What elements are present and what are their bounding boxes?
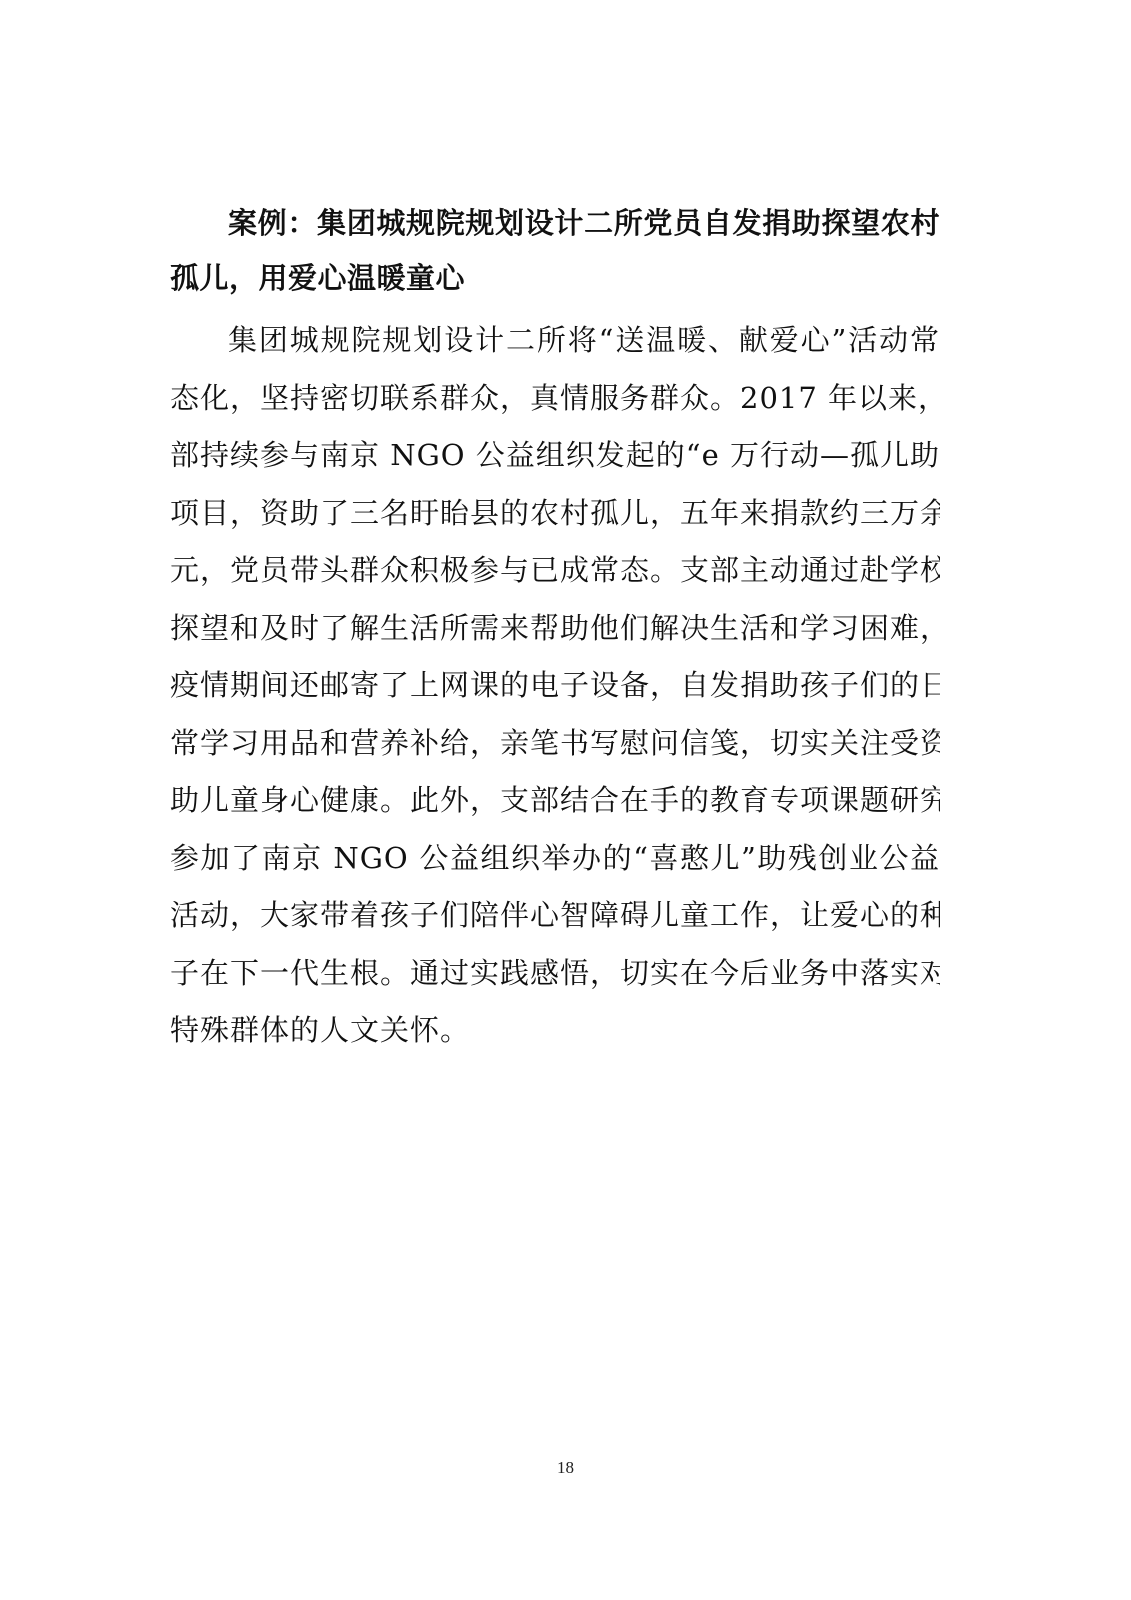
paragraph-line: 部持续参与南京 NGO 公益组织发起的“e 万行动—孤儿助养” xyxy=(170,427,940,485)
paragraph-line: 常学习用品和营养补给，亲笔书写慰问信笺，切实关注受资 xyxy=(170,715,940,773)
body-paragraph: 集团城规院规划设计二所将“送温暖、献爱心”活动常 态化，坚持密切联系群众，真情服… xyxy=(170,312,940,1060)
paragraph-line: 元，党员带头群众积极参与已成常态。支部主动通过赴学校 xyxy=(170,542,940,600)
paragraph-line: 特殊群体的人文关怀。 xyxy=(170,1002,940,1060)
paragraph-line: 疫情期间还邮寄了上网课的电子设备，自发捐助孩子们的日 xyxy=(170,657,940,715)
paragraph-line: 态化，坚持密切联系群众，真情服务群众。2017 年以来，支 xyxy=(170,370,940,428)
paragraph-line: 探望和及时了解生活所需来帮助他们解决生活和学习困难， xyxy=(170,600,940,658)
document-page: 案例：集团城规院规划设计二所党员自发捐助探望农村 孤儿，用爱心温暖童心 集团城规… xyxy=(0,0,1131,1600)
paragraph-line: 集团城规院规划设计二所将“送温暖、献爱心”活动常 xyxy=(170,312,940,370)
paragraph-line: 助儿童身心健康。此外，支部结合在手的教育专项课题研究， xyxy=(170,772,940,830)
heading-line: 案例：集团城规院规划设计二所党员自发捐助探望农村 xyxy=(170,196,940,251)
heading-line: 孤儿，用爱心温暖童心 xyxy=(170,251,940,306)
paragraph-line: 活动，大家带着孩子们陪伴心智障碍儿童工作，让爱心的种 xyxy=(170,887,940,945)
paragraph-line: 参加了南京 NGO 公益组织举办的“喜憨儿”助残创业公益 xyxy=(170,830,940,888)
case-heading: 案例：集团城规院规划设计二所党员自发捐助探望农村 孤儿，用爱心温暖童心 xyxy=(170,196,940,306)
paragraph-line: 子在下一代生根。通过实践感悟，切实在今后业务中落实对 xyxy=(170,945,940,1003)
page-number: 18 xyxy=(0,1458,1131,1478)
paragraph-line: 项目，资助了三名盱眙县的农村孤儿，五年来捐款约三万余 xyxy=(170,485,940,543)
